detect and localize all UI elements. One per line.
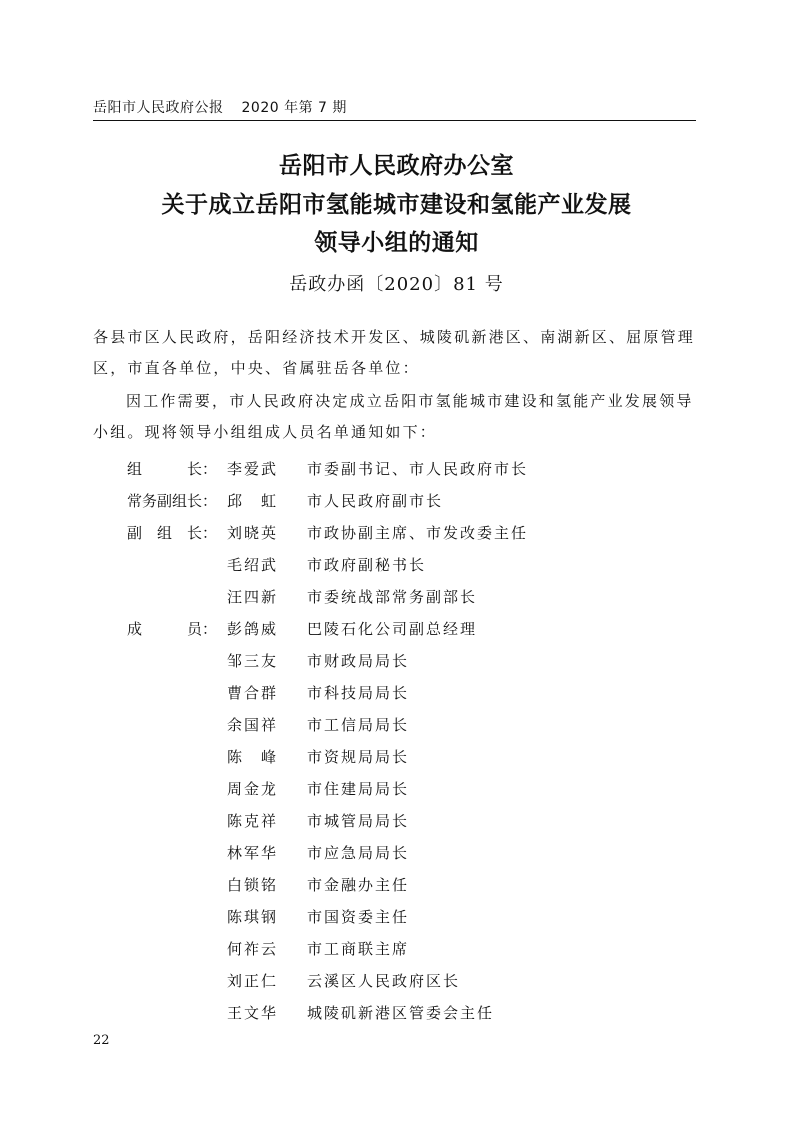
roster-name: 汪四新 <box>227 586 307 607</box>
roster-row: 汪四新市委统战部常务副部长 <box>127 580 528 612</box>
roster-position: 市科技局局长 <box>307 682 409 703</box>
roster-name: 刘晓英 <box>227 522 307 543</box>
roster-position: 市工信局局长 <box>307 714 409 735</box>
roster-name: 陈 峰 <box>227 746 307 767</box>
roster-row: 林军华市应急局局长 <box>127 836 528 868</box>
document-number: 岳政办函〔2020〕81 号 <box>0 270 793 296</box>
roster-name: 周金龙 <box>227 778 307 799</box>
roster-row: 曹合群市科技局局长 <box>127 676 528 708</box>
intro-paragraph: 因工作需要，市人民政府决定成立岳阳市氢能城市建设和氢能产业发展领导小组。现将领导… <box>93 386 703 448</box>
page-number: 22 <box>93 1033 110 1048</box>
roster-name: 陈克祥 <box>227 810 307 831</box>
roster-position: 市委副书记、市人民政府市长 <box>307 458 528 479</box>
roster-row: 陈琪钢市国资委主任 <box>127 900 528 932</box>
roster-name: 白锁铭 <box>227 874 307 895</box>
roster-row: 邹三友市财政局局长 <box>127 644 528 676</box>
roster-row: 周金龙市住建局局长 <box>127 772 528 804</box>
roster-position: 云溪区人民政府区长 <box>307 970 460 991</box>
roster-role: 成 员： <box>127 618 227 639</box>
roster-position: 市住建局局长 <box>307 778 409 799</box>
title-line-3: 领导小组的通知 <box>0 224 793 257</box>
roster-name: 陈琪钢 <box>227 906 307 927</box>
roster-position: 市国资委主任 <box>307 906 409 927</box>
roster-position: 市政协副主席、市发改委主任 <box>307 522 528 543</box>
roster-name: 王文华 <box>227 1002 307 1023</box>
roster-position: 市城管局局长 <box>307 810 409 831</box>
roster-position: 市人民政府副市长 <box>307 490 443 511</box>
roster-row: 何祚云市工商联主席 <box>127 932 528 964</box>
roster-row: 余国祥市工信局局长 <box>127 708 528 740</box>
roster-position: 市委统战部常务副部长 <box>307 586 477 607</box>
publication-name: 岳阳市人民政府公报 <box>93 100 224 116</box>
roster-role: 组 长： <box>127 458 227 479</box>
roster-position: 市金融办主任 <box>307 874 409 895</box>
roster-row: 刘正仁云溪区人民政府区长 <box>127 964 528 996</box>
roster-row: 陈 峰市资规局局长 <box>127 740 528 772</box>
roster-name: 彭鸽威 <box>227 618 307 639</box>
roster-role: 常务副组长： <box>127 490 227 511</box>
roster-position: 巴陵石化公司副总经理 <box>307 618 477 639</box>
roster-name: 李爱武 <box>227 458 307 479</box>
roster-row: 毛绍武市政府副秘书长 <box>127 548 528 580</box>
running-header: 岳阳市人民政府公报2020 年第 7 期 <box>93 97 347 117</box>
roster-row: 白锁铭市金融办主任 <box>127 868 528 900</box>
roster-name: 毛绍武 <box>227 554 307 575</box>
roster-row: 副 组 长：刘晓英市政协副主席、市发改委主任 <box>127 516 528 548</box>
roster-position: 市工商联主席 <box>307 938 409 959</box>
roster-position: 市资规局局长 <box>307 746 409 767</box>
roster-name: 邹三友 <box>227 650 307 671</box>
roster-name: 刘正仁 <box>227 970 307 991</box>
title-line-2: 关于成立岳阳市氢能城市建设和氢能产业发展 <box>0 186 793 219</box>
title-line-1: 岳阳市人民政府办公室 <box>0 147 793 180</box>
roster-name: 余国祥 <box>227 714 307 735</box>
roster-row: 王文华城陵矶新港区管委会主任 <box>127 996 528 1028</box>
roster-row: 组 长：李爱武市委副书记、市人民政府市长 <box>127 452 528 484</box>
roster-row: 成 员：彭鸽威巴陵石化公司副总经理 <box>127 612 528 644</box>
roster-position: 市应急局局长 <box>307 842 409 863</box>
roster-row: 陈克祥市城管局局长 <box>127 804 528 836</box>
roster-position: 城陵矶新港区管委会主任 <box>307 1002 494 1023</box>
roster-name: 林军华 <box>227 842 307 863</box>
roster-position: 市财政局局长 <box>307 650 409 671</box>
roster-name: 邱 虹 <box>227 490 307 511</box>
roster-row: 常务副组长：邱 虹市人民政府副市长 <box>127 484 528 516</box>
roster-role: 副 组 长： <box>127 522 227 543</box>
roster-name: 何祚云 <box>227 938 307 959</box>
issue-number: 2020 年第 7 期 <box>242 100 347 116</box>
header-divider <box>93 120 696 121</box>
member-roster: 组 长：李爱武市委副书记、市人民政府市长 常务副组长：邱 虹市人民政府副市长 副… <box>127 452 528 1028</box>
roster-name: 曹合群 <box>227 682 307 703</box>
addressee-paragraph: 各县市区人民政府，岳阳经济技术开发区、城陵矶新港区、南湖新区、屈原管理区，市直各… <box>93 322 703 384</box>
roster-position: 市政府副秘书长 <box>307 554 426 575</box>
